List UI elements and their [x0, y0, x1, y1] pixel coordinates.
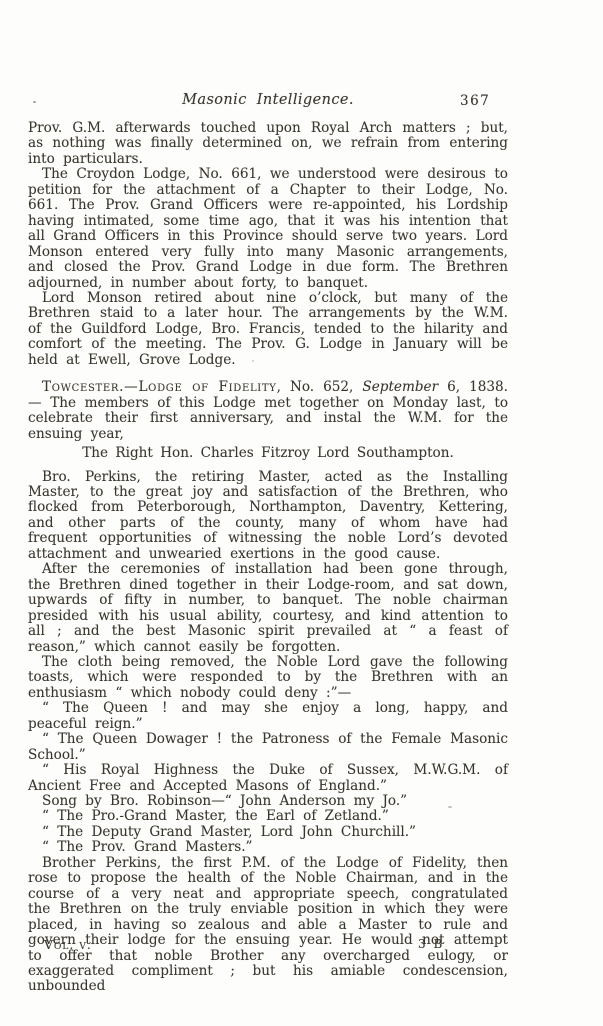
scan-speck: [130, 329, 132, 331]
volume-label: Vol. v.: [44, 937, 92, 952]
toast-prov-grand-masters: “ The Prov. Grand Masters.”: [28, 840, 508, 855]
page-number: 367: [460, 93, 490, 109]
paragraph-towcester: Towcester.—Lodge of Fidelity, No. 652, S…: [28, 380, 508, 442]
paragraph-banquet: After the ceremonies of installation had…: [28, 562, 508, 655]
scan-speck: [252, 360, 254, 362]
towcester-heading-month: September: [362, 379, 438, 395]
running-title: Masonic Intelligence.: [182, 92, 354, 108]
toast-pro-grand-master: “ The Pro.-Grand Master, the Earl of Zet…: [28, 809, 508, 824]
toast-deputy-grand-master: “ The Deputy Grand Master, Lord John Chu…: [28, 825, 508, 840]
installed-master-line: The Right Hon. Charles Fitzroy Lord Sout…: [28, 446, 508, 461]
toast-song-robinson: Song by Bro. Robinson—“ John Anderson my…: [28, 794, 508, 809]
towcester-heading-number: , No. 652,: [277, 379, 363, 395]
paragraph-lord-monson: Lord Monson retired about nine o’clock, …: [28, 291, 508, 368]
paragraph-croydon-lodge: The Croydon Lodge, No. 661, we understoo…: [28, 167, 508, 291]
page-header: Masonic Intelligence.: [28, 92, 508, 108]
scan-speck: [448, 806, 452, 808]
toast-duke-of-sussex: “ His Royal Highness the Duke of Sussex,…: [28, 763, 508, 794]
paragraph-royal-arch: Prov. G.M. afterwards touched upon Royal…: [28, 121, 508, 167]
paragraph-toasts-intro: The cloth being removed, the Noble Lord …: [28, 655, 508, 701]
towcester-heading-smallcaps: Towcester.—Lodge of Fidelity: [42, 379, 277, 395]
towcester-body-text: The members of this Lodge met together o…: [28, 395, 508, 442]
page-body: Prov. G.M. afterwards touched upon Royal…: [28, 121, 508, 995]
paragraph-installation: Bro. Perkins, the retiring Master, acted…: [28, 470, 508, 563]
scanned-page: Masonic Intelligence. 367 Prov. G.M. aft…: [0, 0, 603, 1026]
scan-speck: [33, 101, 36, 103]
toast-queen-dowager: “ The Queen Dowager ! the Patroness of t…: [28, 732, 508, 763]
paragraph-perkins-speech: Brother Perkins, the first P.M. of the L…: [28, 856, 508, 995]
signature-mark: 3 B: [418, 937, 444, 951]
toast-queen: “ The Queen ! and may she enjoy a long, …: [28, 701, 508, 732]
